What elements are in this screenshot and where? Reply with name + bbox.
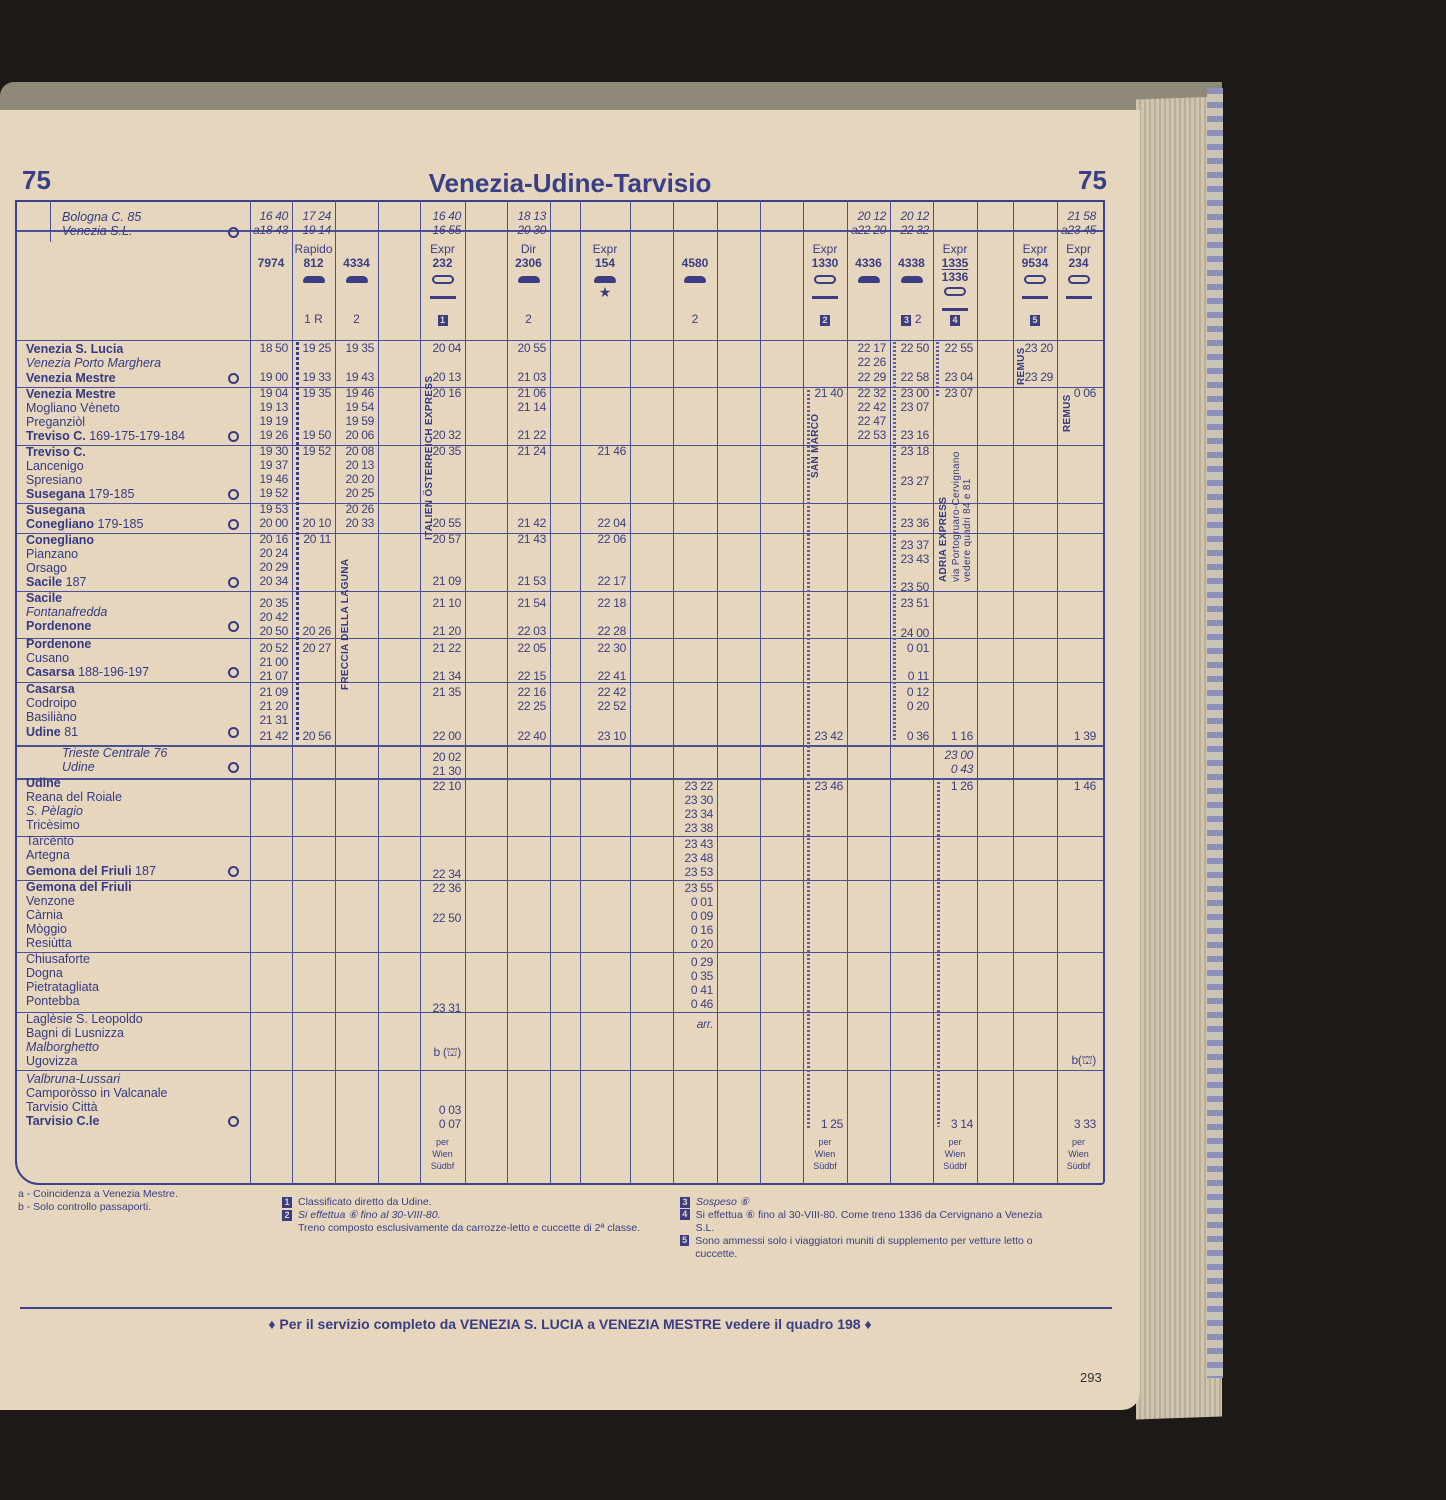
station-name[interactable]: Orsago xyxy=(26,561,67,575)
station-name[interactable]: Conegliano xyxy=(26,533,94,547)
time-cell: 22 42 xyxy=(586,686,626,699)
station-name[interactable]: Artegna xyxy=(26,848,70,862)
time-cell: 21 24 xyxy=(506,445,546,458)
time-cell: 22 40 xyxy=(506,730,546,743)
time-cell: 23 38 xyxy=(673,822,713,835)
connection-circle-icon xyxy=(228,866,239,877)
station-name[interactable]: Tarvisio Città xyxy=(26,1100,98,1114)
time-cell: 20 13 xyxy=(334,459,374,472)
time-cell: 22 10 xyxy=(421,780,461,793)
couchette-icon xyxy=(432,275,454,284)
time-cell: 22 16 xyxy=(506,686,546,699)
wavy-continuation-line xyxy=(807,390,810,1130)
feeder-time: 21 58 xyxy=(1056,210,1096,223)
time-cell: 22 42 xyxy=(846,401,886,414)
train-number[interactable]: 1330 xyxy=(804,257,846,270)
train-number[interactable]: 9534 xyxy=(1014,257,1056,270)
time-cell: 0 03 xyxy=(421,1104,461,1117)
train-category: Rapido xyxy=(293,243,335,256)
row-divider xyxy=(17,1012,1103,1013)
time-cell: 22 05 xyxy=(506,642,546,655)
time-cell: b (⛫) xyxy=(421,1046,461,1059)
station-name[interactable]: Treviso C. 169-175-179-184 xyxy=(26,429,185,443)
connection-circle-icon xyxy=(228,1116,239,1127)
feeder-divider xyxy=(50,200,51,242)
time-cell: 21 00 xyxy=(248,656,288,669)
time-cell: 20 55 xyxy=(506,342,546,355)
time-cell: 23 07 xyxy=(933,387,973,400)
train-route-note: via Portogruaro-Cervignano vedere quadri… xyxy=(951,442,973,582)
column-divider xyxy=(465,200,466,1185)
train-number[interactable]: 4338 xyxy=(891,257,933,270)
time-cell: 19 53 xyxy=(248,503,288,516)
train-notes: 4 xyxy=(934,313,976,326)
car-icon xyxy=(346,276,368,283)
feeder-time: 22 32 xyxy=(889,224,929,237)
row-divider xyxy=(17,340,1103,341)
connection-circle-icon xyxy=(228,373,239,384)
note-1-icon: 1 xyxy=(282,1197,292,1208)
couchette-icon xyxy=(944,287,966,296)
footnotes-left: a - Coincidenza a Venezia Mestre. b - So… xyxy=(18,1188,178,1214)
train-name-label: REMUS xyxy=(1016,347,1027,385)
station-name[interactable]: Chiusaforte xyxy=(26,952,90,966)
time-cell: 0 35 xyxy=(673,970,713,983)
station-name[interactable]: Bagni di Lusnizza xyxy=(26,1026,124,1040)
time-cell: 20 26 xyxy=(334,503,374,516)
station-name[interactable]: Udine xyxy=(26,776,61,790)
time-cell: 21 06 xyxy=(506,387,546,400)
connection-circle-icon xyxy=(228,577,239,588)
row-divider xyxy=(17,1070,1103,1071)
time-cell: 21 03 xyxy=(506,371,546,384)
station-name[interactable]: Trieste Centrale 76 xyxy=(62,746,167,760)
time-cell: 21 54 xyxy=(506,597,546,610)
station-name[interactable]: Spresiano xyxy=(26,473,82,487)
sleeper-icon xyxy=(430,290,456,299)
time-cell: 0 16 xyxy=(673,924,713,937)
time-cell: 19 35 xyxy=(334,342,374,355)
time-cell: 19 04 xyxy=(248,387,288,400)
time-cell: 20 25 xyxy=(334,487,374,500)
row-divider xyxy=(17,638,1103,639)
feeder-time: 20 12 xyxy=(889,210,929,223)
row-divider xyxy=(17,952,1103,953)
sleeper-icon xyxy=(1066,290,1092,299)
station-name[interactable]: Casarsa 188-196-197 xyxy=(26,665,149,679)
time-cell: 21 20 xyxy=(248,700,288,713)
time-cell: 20 52 xyxy=(248,642,288,655)
station-name[interactable]: Laglèsie S. Leopoldo xyxy=(26,1012,143,1026)
feeder-time: 18 13 xyxy=(506,210,546,223)
time-cell: 23 00 xyxy=(933,749,973,762)
column-divider xyxy=(717,200,718,1185)
destination-note: Südbf xyxy=(804,1160,846,1173)
time-cell: 21 42 xyxy=(506,517,546,530)
station-name[interactable]: Mogliano Vèneto xyxy=(26,401,120,415)
time-cell: 19 46 xyxy=(334,387,374,400)
time-cell: 20 29 xyxy=(248,561,288,574)
car-icon xyxy=(303,276,325,283)
time-cell: 1 39 xyxy=(1056,730,1096,743)
time-cell: 21 07 xyxy=(248,670,288,683)
feeder-time: 16 55 xyxy=(421,224,461,237)
time-cell: 19 30 xyxy=(248,445,288,458)
feeder-time: a18 43 xyxy=(248,224,288,237)
couchette-icon xyxy=(1024,275,1046,284)
wavy-continuation-line xyxy=(893,342,896,742)
station-name[interactable]: Venezia Mestre xyxy=(26,387,116,401)
train-number[interactable]: 234 xyxy=(1058,257,1100,270)
time-cell: 0 07 xyxy=(421,1118,461,1131)
train-notes: 3 2 xyxy=(891,313,933,326)
destination-note: Südbf xyxy=(934,1160,976,1173)
footnotes-middle: 1Classificato diretto da Udine. 2Si effe… xyxy=(282,1196,642,1235)
train-number[interactable]: 4580 xyxy=(674,257,716,270)
time-cell: 21 31 xyxy=(248,714,288,727)
train-category: Dir xyxy=(508,243,550,256)
time-cell: 20 02 xyxy=(421,751,461,764)
time-cell: 20 00 xyxy=(248,517,288,530)
time-cell: 20 16 xyxy=(248,533,288,546)
star-icon: ★ xyxy=(584,286,626,299)
train-notes: 2 xyxy=(804,313,846,326)
book-binding-edge xyxy=(1207,88,1223,1378)
time-cell: arr. xyxy=(673,1018,713,1031)
time-cell: 18 50 xyxy=(248,342,288,355)
time-cell: 22 50 xyxy=(421,912,461,925)
note-4-icon: 4 xyxy=(680,1209,690,1220)
time-cell: 19 52 xyxy=(248,487,288,500)
train-name-label: REMUS xyxy=(1062,394,1073,432)
column-divider xyxy=(630,200,631,1185)
station-name[interactable]: Gemona del Friuli 187 xyxy=(26,864,156,878)
train-category: Expr xyxy=(1058,243,1100,256)
column-divider xyxy=(378,200,379,1185)
time-cell: 23 10 xyxy=(586,730,626,743)
time-cell: 20 06 xyxy=(334,429,374,442)
couchette-icon xyxy=(1068,275,1090,284)
station-name[interactable]: Pianzano xyxy=(26,547,78,561)
time-cell: 22 55 xyxy=(933,342,973,355)
time-cell: 21 46 xyxy=(586,445,626,458)
car-icon xyxy=(684,276,706,283)
station-name[interactable]: Basiliàno xyxy=(26,710,77,724)
time-cell: 22 41 xyxy=(586,670,626,683)
time-cell: 22 00 xyxy=(421,730,461,743)
time-cell: 21 20 xyxy=(421,625,461,638)
station-name[interactable]: Treviso C. xyxy=(26,445,86,459)
destination-note: Südbf xyxy=(1058,1160,1100,1173)
time-cell: 0 09 xyxy=(673,910,713,923)
station-name[interactable]: Ugovizza xyxy=(26,1054,77,1068)
station-name[interactable]: Udine xyxy=(62,760,95,774)
train-notes: 5 xyxy=(1014,313,1056,326)
train-number[interactable]: 812 xyxy=(293,257,335,270)
row-divider xyxy=(17,745,1103,747)
time-cell: 20 42 xyxy=(248,611,288,624)
feeder-station: Venezia S.L. xyxy=(62,224,132,238)
feeder-time: a23 45 xyxy=(1056,224,1096,237)
time-cell: 0 41 xyxy=(673,984,713,997)
station-name[interactable]: Venzone xyxy=(26,894,75,908)
time-cell: 3 33 xyxy=(1056,1118,1096,1131)
row-divider xyxy=(17,682,1103,683)
time-cell: 22 26 xyxy=(846,356,886,369)
time-cell: 19 13 xyxy=(248,401,288,414)
train-category: Expr xyxy=(422,243,464,256)
time-cell: 0 46 xyxy=(673,998,713,1011)
time-cell: 22 28 xyxy=(586,625,626,638)
connection-circle-icon xyxy=(228,762,239,773)
station-name[interactable]: Mòggio xyxy=(26,922,67,936)
station-name[interactable]: Susegana xyxy=(26,503,85,517)
station-name[interactable]: Conegliano 179-185 xyxy=(26,517,143,531)
time-cell: b(⛫) xyxy=(1056,1054,1096,1067)
time-cell: 22 03 xyxy=(506,625,546,638)
feeder-time: 20 30 xyxy=(506,224,546,237)
time-cell: 22 15 xyxy=(506,670,546,683)
train-notes: 2 xyxy=(674,313,716,326)
station-name[interactable]: Venezia S. Lucia xyxy=(26,342,123,356)
time-cell: 19 46 xyxy=(248,473,288,486)
time-cell: 19 37 xyxy=(248,459,288,472)
train-name-label: ITALIEN ÖSTERREICH EXPRESS xyxy=(424,376,435,540)
station-name[interactable]: Susegana 179-185 xyxy=(26,487,134,501)
note-2-icon: 2 xyxy=(282,1210,292,1221)
station-name[interactable]: Casarsa xyxy=(26,682,75,696)
wavy-continuation-line xyxy=(937,782,940,1127)
time-cell: 20 34 xyxy=(248,575,288,588)
note-5-icon: 5 xyxy=(680,1235,689,1246)
time-cell: 19 54 xyxy=(334,401,374,414)
time-cell: 23 04 xyxy=(933,371,973,384)
footer-rule xyxy=(20,1307,1112,1309)
wavy-continuation-line xyxy=(936,342,939,398)
station-name[interactable]: Lancenigo xyxy=(26,459,84,473)
connection-circle-icon xyxy=(228,489,239,500)
station-name[interactable]: Pordenone xyxy=(26,637,91,651)
time-cell: 22 36 xyxy=(421,882,461,895)
train-notes: 1 xyxy=(422,313,464,326)
time-cell: 19 59 xyxy=(334,415,374,428)
train-number[interactable]: 2306 xyxy=(508,257,550,270)
station-name[interactable]: Tricèsimo xyxy=(26,818,80,832)
time-cell: 21 42 xyxy=(248,730,288,743)
time-cell: 19 43 xyxy=(334,371,374,384)
station-name[interactable]: Venezia Porto Marghera xyxy=(26,356,161,370)
time-cell: 21 35 xyxy=(421,686,461,699)
row-divider xyxy=(17,445,1103,446)
train-number[interactable]: 4336 xyxy=(848,257,890,270)
couchette-icon xyxy=(814,275,836,284)
station-name[interactable]: Valbruna-Lussari xyxy=(26,1072,120,1086)
time-cell: 19 26 xyxy=(248,429,288,442)
sleeper-icon xyxy=(1022,290,1048,299)
note-3-icon: 3 xyxy=(680,1197,690,1208)
time-cell: 20 20 xyxy=(334,473,374,486)
time-cell: 22 30 xyxy=(586,642,626,655)
column-divider xyxy=(673,200,674,1185)
time-cell: 20 08 xyxy=(334,445,374,458)
time-cell: 20 50 xyxy=(248,625,288,638)
connection-circle-icon xyxy=(228,727,239,738)
connection-circle-icon xyxy=(228,227,239,238)
station-name[interactable]: Udine 81 xyxy=(26,725,78,739)
time-cell: 21 09 xyxy=(421,575,461,588)
station-name[interactable]: Pordenone xyxy=(26,619,91,633)
time-cell: 22 17 xyxy=(846,342,886,355)
feeder-time: 19 14 xyxy=(291,224,331,237)
column-divider xyxy=(550,200,551,1185)
train-name-label: FRECCIA DELLA LAGUNA xyxy=(340,559,351,690)
car-icon xyxy=(594,276,616,283)
time-cell: 20 04 xyxy=(421,342,461,355)
station-name[interactable]: Sacile xyxy=(26,591,62,605)
station-name[interactable]: Camporòsso in Valcanale xyxy=(26,1086,168,1100)
station-name[interactable]: Preganziòl xyxy=(26,415,85,429)
train-notes: 1 R xyxy=(293,313,335,326)
time-cell: 22 47 xyxy=(846,415,886,428)
feeder-time: 16 40 xyxy=(248,210,288,223)
destination-note: Südbf xyxy=(422,1160,464,1173)
sleeper-icon xyxy=(812,290,838,299)
through-running-marker xyxy=(296,342,299,742)
time-cell: 21 30 xyxy=(421,765,461,778)
car-icon xyxy=(518,276,540,283)
time-cell: 20 24 xyxy=(248,547,288,560)
footnotes-right: 3Sospeso ⑥ 4Si effettua ⑥ fino al 30-VII… xyxy=(680,1196,1050,1261)
row-divider xyxy=(17,230,1103,232)
time-cell: 0 01 xyxy=(673,896,713,909)
time-cell: 22 06 xyxy=(586,533,626,546)
row-divider xyxy=(17,591,1103,592)
time-cell: 20 35 xyxy=(248,597,288,610)
time-cell: 22 52 xyxy=(586,700,626,713)
time-cell: 1 16 xyxy=(933,730,973,743)
connection-circle-icon xyxy=(228,621,239,632)
time-cell: 21 53 xyxy=(506,575,546,588)
time-cell: 22 25 xyxy=(506,700,546,713)
time-cell: 23 34 xyxy=(673,808,713,821)
time-cell: 22 04 xyxy=(586,517,626,530)
feeder-time: a22 20 xyxy=(846,224,886,237)
station-name[interactable]: Venezia Mestre xyxy=(26,371,116,385)
time-cell: 19 19 xyxy=(248,415,288,428)
train-notes: 2 xyxy=(508,313,550,326)
station-name[interactable]: Cusano xyxy=(26,651,69,665)
time-cell: 21 22 xyxy=(421,642,461,655)
train-name-label: ADRIA EXPRESS xyxy=(938,497,949,582)
train-number[interactable]: 4334 xyxy=(336,257,378,270)
time-cell: 21 14 xyxy=(506,401,546,414)
time-cell: 23 55 xyxy=(673,882,713,895)
column-divider xyxy=(580,200,581,1185)
sleeper-icon xyxy=(942,302,968,311)
train-category: Expr xyxy=(1014,243,1056,256)
time-cell: 23 43 xyxy=(673,838,713,851)
feeder-time: 16 40 xyxy=(421,210,461,223)
feeder-time: 20 12 xyxy=(846,210,886,223)
train-number[interactable]: 154 xyxy=(584,257,626,270)
station-name[interactable]: Reana del Roiale xyxy=(26,790,122,804)
train-category: Expr xyxy=(934,243,976,256)
time-cell: 22 29 xyxy=(846,371,886,384)
station-name[interactable]: Fontanafredda xyxy=(26,605,107,619)
column-divider xyxy=(760,200,761,1185)
station-name[interactable]: Malborghetto xyxy=(26,1040,99,1054)
column-divider xyxy=(803,200,804,1185)
time-cell: 22 17 xyxy=(586,575,626,588)
train-number[interactable]: 7974 xyxy=(250,257,292,270)
column-divider xyxy=(977,200,978,1185)
time-cell: 22 32 xyxy=(846,387,886,400)
train-category: Expr xyxy=(584,243,626,256)
station-name[interactable]: Pontebba xyxy=(26,994,80,1008)
time-cell: 1 46 xyxy=(1056,780,1096,793)
connection-circle-icon xyxy=(228,519,239,530)
station-name[interactable]: Sacile 187 xyxy=(26,575,86,589)
time-cell: 23 22 xyxy=(673,780,713,793)
station-name[interactable]: Càrnia xyxy=(26,908,63,922)
car-icon xyxy=(901,276,923,283)
train-category: Expr xyxy=(804,243,846,256)
row-divider xyxy=(17,836,1103,837)
station-name[interactable]: Tarcènto xyxy=(26,834,74,848)
bottom-note: ♦ Per il servizio completo da VENEZIA S.… xyxy=(0,1316,1140,1332)
station-name[interactable]: S. Pèlagio xyxy=(26,804,83,818)
time-cell: 20 33 xyxy=(334,517,374,530)
time-cell: 22 18 xyxy=(586,597,626,610)
train-number[interactable]: 1335 xyxy=(934,257,976,270)
train-number[interactable]: 232 xyxy=(422,257,464,270)
column-divider xyxy=(1057,200,1058,1185)
car-icon xyxy=(858,276,880,283)
time-cell: 21 43 xyxy=(506,533,546,546)
time-cell: 21 09 xyxy=(248,686,288,699)
time-cell: 23 31 xyxy=(421,1002,461,1015)
station-name[interactable]: Codroipo xyxy=(26,696,77,710)
table-number-right: 75 xyxy=(1078,165,1107,196)
time-cell: 0 43 xyxy=(933,763,973,776)
connection-circle-icon xyxy=(228,431,239,442)
page-title: Venezia-Udine-Tarvisio xyxy=(0,168,1140,199)
train-number-2[interactable]: 1336 xyxy=(934,271,976,284)
station-name[interactable]: Gemona del Friuli xyxy=(26,880,132,894)
time-cell: 23 53 xyxy=(673,866,713,879)
feeder-station: Bologna C. 85 xyxy=(62,210,141,224)
station-name[interactable]: Tarvisio C.le xyxy=(26,1114,99,1128)
time-cell: 21 10 xyxy=(421,597,461,610)
time-cell: 21 22 xyxy=(506,429,546,442)
connection-circle-icon xyxy=(228,667,239,678)
feeder-time: 17 24 xyxy=(291,210,331,223)
page-number: 293 xyxy=(1080,1370,1102,1385)
train-name-label: SAN MARCO xyxy=(810,414,821,478)
time-cell: 22 34 xyxy=(421,868,461,881)
station-name[interactable]: Pietratagliata xyxy=(26,980,99,994)
station-name[interactable]: Dogna xyxy=(26,966,63,980)
time-cell: 23 30 xyxy=(673,794,713,807)
time-cell: 0 29 xyxy=(673,956,713,969)
time-cell: 0 20 xyxy=(673,938,713,951)
train-notes: 2 xyxy=(336,313,378,326)
time-cell: 22 53 xyxy=(846,429,886,442)
row-divider xyxy=(17,880,1103,881)
station-name[interactable]: Resiùtta xyxy=(26,936,72,950)
time-cell: 21 34 xyxy=(421,670,461,683)
time-cell: 19 00 xyxy=(248,371,288,384)
